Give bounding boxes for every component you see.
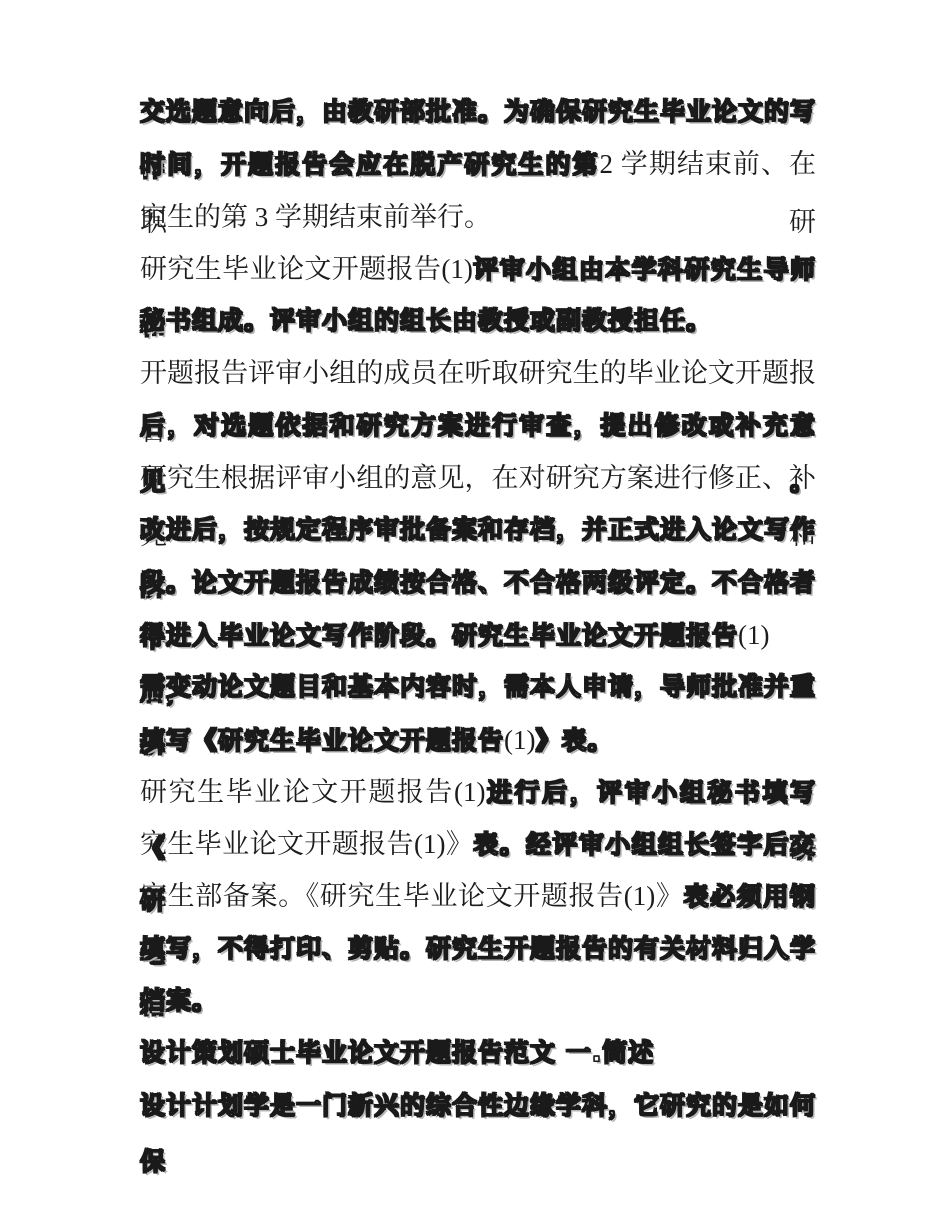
text-line: 需变动论文题目和基本内容时，需本人申请，导师批准并重新 (140, 661, 816, 713)
text-line: 研究生根据评审小组的意见，在对研究方案进行修正、补充和 (140, 452, 816, 504)
text-line: 填写，不得打印、剪贴。研究生开题报告的有关材料归入学籍 (140, 923, 816, 975)
text-line: 研究生毕业论文开题报告(1)进行后，评审小组秘书填写《研 (140, 766, 816, 818)
text-segment-outline: 得进入毕业论文写作阶段。研究生毕业论文开题报告 (140, 621, 738, 650)
text-segment-serif: 研究生毕业论文开题报告(1) (140, 254, 473, 284)
text-segment-serif: 究生的第 3 学期结束前举行。 (140, 202, 491, 232)
text-line: 档案。 (140, 975, 816, 1027)
text-segment-serif: 究生毕业论文开题报告(1)》 (140, 829, 473, 859)
text-line: 究生部备案。《研究生毕业论文开题报告(1)》表必须用钢笔 (140, 870, 816, 922)
text-line: 研究生毕业论文开题报告(1)评审小组由本学科研究生导师和 (140, 243, 816, 295)
text-segment-outline: 档案。 (140, 986, 218, 1015)
text-line: 秘书组成。评审小组的组长由教授或副教授担任。 (140, 295, 816, 347)
text-segment-outline: 设计计划学是一门新兴的综合性边缘学科，它研究的是如何保 (140, 1091, 816, 1176)
text-segment-outline: 设计策划硕士毕业论文开题报告范文 一.简述 (140, 1038, 654, 1067)
text-segment-outline: 填写《研究生毕业论文开题报告 (140, 726, 504, 755)
text-line: 改进后，按规定程序审批备案和存档，并正式进入论文写作阶 (140, 504, 816, 556)
text-line: 设计计划学是一门新兴的综合性边缘学科，它研究的是如何保 (140, 1080, 816, 1132)
text-block: 交选题意向后，由教研部批准。为确保研究生毕业论文的写作时间，开题报告会应在脱产研… (140, 86, 816, 1132)
text-line: 段。论文开题报告成绩按合格、不合格两级评定。不合格者不 (140, 557, 816, 609)
text-segment-outline: 秘书组成。评审小组的组长由教授或副教授担任。 (140, 306, 712, 335)
text-segment-outline: 》表。 (536, 726, 614, 755)
text-line: 得进入毕业论文写作阶段。研究生毕业论文开题报告(1)后， (140, 609, 816, 661)
text-line: 交选题意向后，由教研部批准。为确保研究生毕业论文的写作 (140, 86, 816, 138)
text-segment-serif: 研究生毕业论文开题报告(1) (140, 777, 485, 807)
text-line: 时间，开题报告会应在脱产研究生的第2 学期结束前、在职研 (140, 138, 816, 190)
text-segment-serif: (1) (504, 725, 535, 755)
text-line: 开题报告评审小组的成员在听取研究生的毕业论文开题报告 (140, 347, 816, 399)
text-line: 填写《研究生毕业论文开题报告(1)》表。 (140, 714, 816, 766)
text-segment-outline: 时间，开题报告会应在脱产研究生的第 (140, 150, 600, 179)
text-line: 设计策划硕士毕业论文开题报告范文 一.简述 (140, 1027, 816, 1079)
text-line: 后，对选题依据和研究方案进行审查，提出修改或补充意见。 (140, 400, 816, 452)
text-segment-serif: 究生部备案。《研究生毕业论文开题报告(1)》 (140, 881, 683, 911)
text-line: 究生毕业论文开题报告(1)》表。经评审小组组长签字后交研 (140, 818, 816, 870)
document-page: 交选题意向后，由教研部批准。为确保研究生毕业论文的写作时间，开题报告会应在脱产研… (0, 0, 950, 1229)
text-segment-serif: (1) (738, 620, 769, 650)
